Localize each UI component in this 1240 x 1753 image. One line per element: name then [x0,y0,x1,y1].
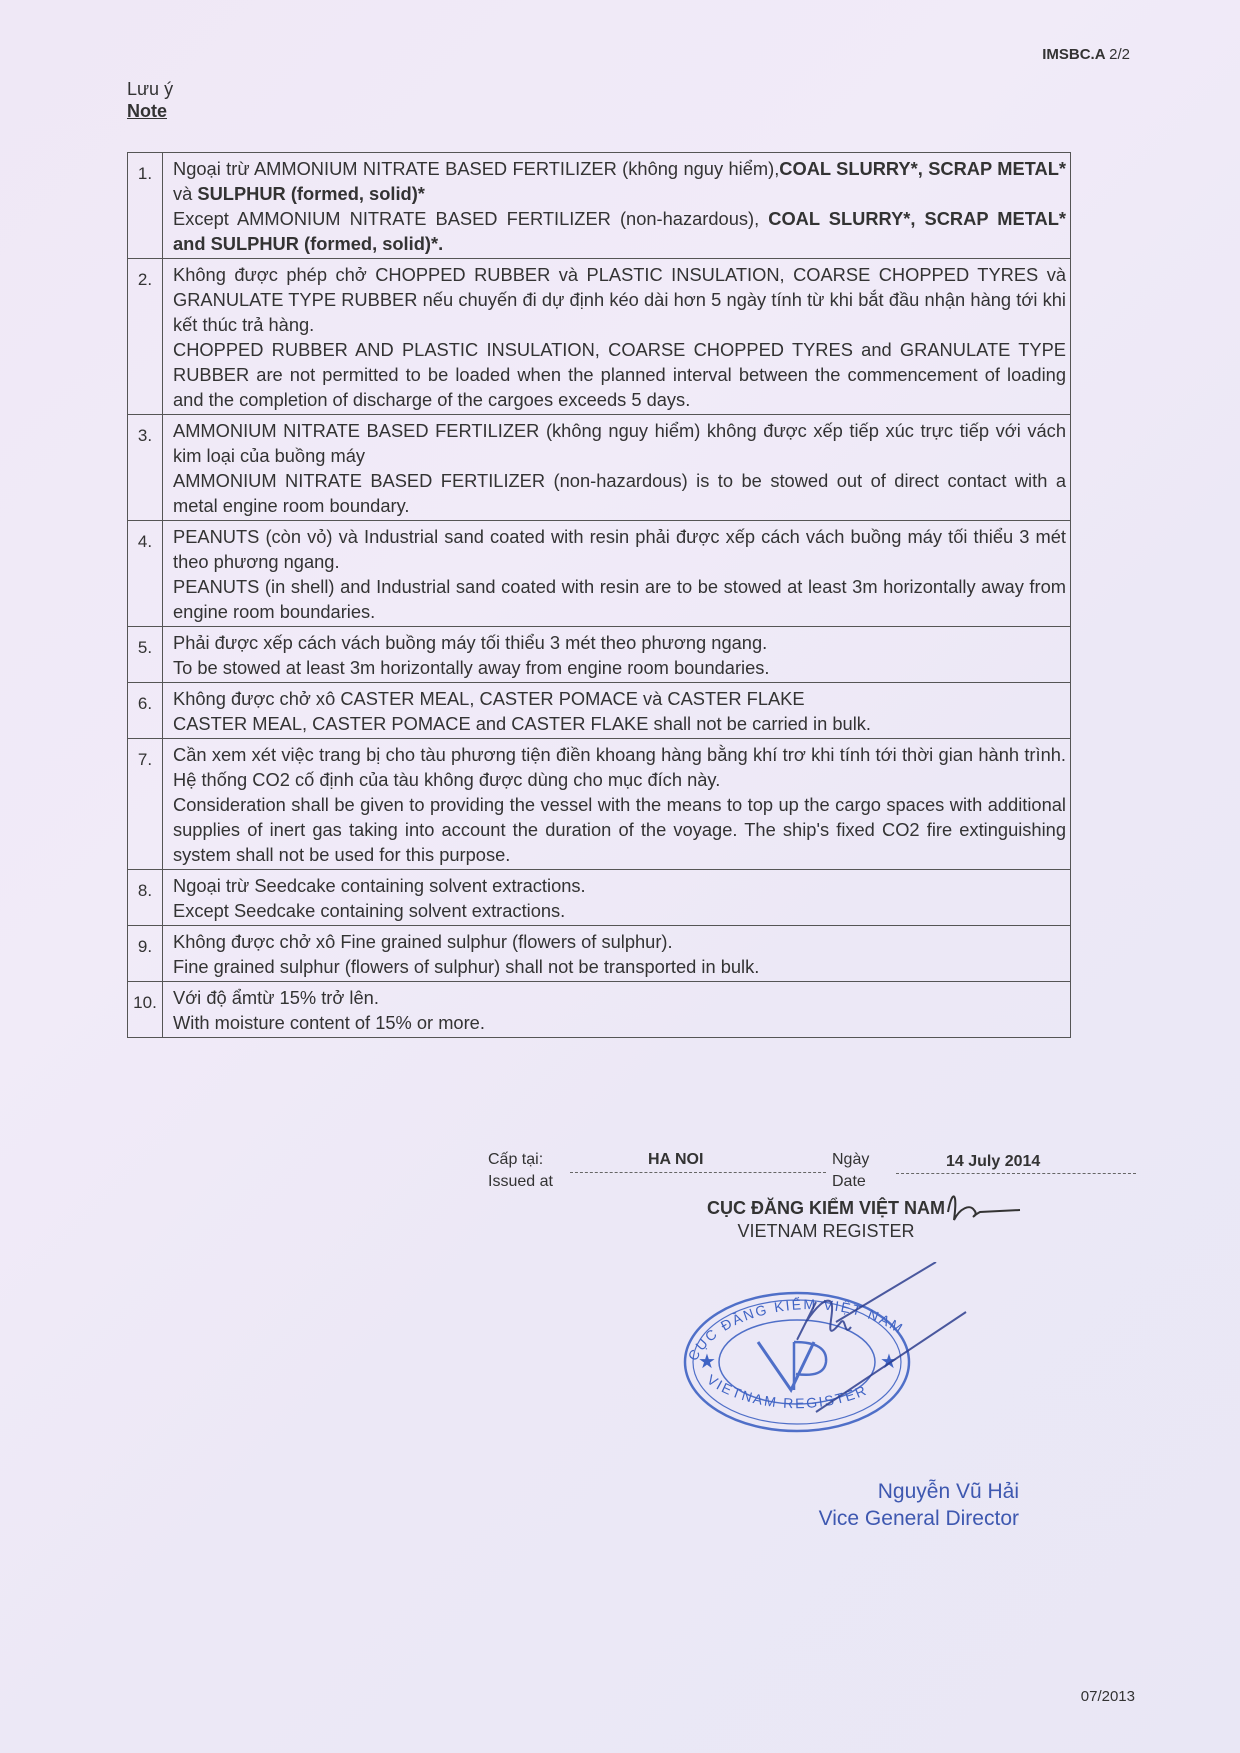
note-text: Không được chở xô CASTER MEAL, CASTER PO… [163,683,1071,739]
note-text-segment: Except AMMONIUM NITRATE BASED FERTILIZER… [173,208,768,229]
official-stamp: CỤC ĐĂNG KIỂM VIỆT NAM VIETNAM REGISTER … [666,1262,1026,1462]
note-heading-vi: Lưu ý [127,78,173,100]
note-text-vi: Với độ ẩmtừ 15% trở lên. [173,985,1066,1010]
note-heading: Lưu ý Note [127,78,173,122]
signatory: Nguyễn Vũ Hải Vice General Director [774,1478,1019,1532]
note-row: 3.AMMONIUM NITRATE BASED FERTILIZER (khô… [128,415,1071,521]
note-text: Không được chở xô Fine grained sulphur (… [163,926,1071,982]
authority-name-en: VIETNAM REGISTER [676,1221,976,1242]
note-text-vi: AMMONIUM NITRATE BASED FERTILIZER (không… [173,418,1066,468]
note-text-vi: Cần xem xét việc trang bị cho tàu phương… [173,742,1066,792]
stamp-star-right-icon: ★ [880,1351,898,1373]
note-row: 1.Ngoại trừ AMMONIUM NITRATE BASED FERTI… [128,153,1071,259]
note-text-segment: và [173,183,197,204]
note-row: 4.PEANUTS (còn vỏ) và Industrial sand co… [128,521,1071,627]
notes-table: 1.Ngoại trừ AMMONIUM NITRATE BASED FERTI… [127,152,1071,1038]
note-row: 6.Không được chở xô CASTER MEAL, CASTER … [128,683,1071,739]
note-number: 8. [128,870,163,926]
stamp-star-left-icon: ★ [698,1351,716,1373]
note-text: Với độ ẩmtừ 15% trở lên.With moisture co… [163,982,1071,1038]
date-label-en: Date [832,1170,866,1194]
note-text-vi: Không được chở xô CASTER MEAL, CASTER PO… [173,686,1066,711]
note-row: 7.Cần xem xét việc trang bị cho tàu phươ… [128,739,1071,870]
note-row: 9.Không được chở xô Fine grained sulphur… [128,926,1071,982]
document-code-value: IMSBC.A [1042,46,1105,63]
note-text: Ngoại trừ AMMONIUM NITRATE BASED FERTILI… [163,153,1071,259]
issued-at-dotted-line [570,1172,826,1173]
note-number: 9. [128,926,163,982]
note-text-en: AMMONIUM NITRATE BASED FERTILIZER (non-h… [173,468,1066,518]
signature-mark [940,1190,1030,1240]
note-text-en: PEANUTS (in shell) and Industrial sand c… [173,574,1066,624]
authority-name-vi: CỤC ĐĂNG KIỂM VIỆT NAM [676,1198,976,1219]
note-text-vi: PEANUTS (còn vỏ) và Industrial sand coat… [173,524,1066,574]
note-text-vi: Ngoại trừ Seedcake containing solvent ex… [173,873,1066,898]
issued-at-label-vi: Cấp tại: [488,1148,543,1172]
note-text-vi: Không được phép chở CHOPPED RUBBER và PL… [173,262,1066,337]
note-text-en: With moisture content of 15% or more. [173,1010,1066,1035]
signature-scribble [797,1262,966,1412]
note-text: PEANUTS (còn vỏ) và Industrial sand coat… [163,521,1071,627]
note-text-vi: Không được chở xô Fine grained sulphur (… [173,929,1066,954]
note-text-vi: Phải được xếp cách vách buồng máy tối th… [173,630,1066,655]
note-number: 7. [128,739,163,870]
note-row: 10.Với độ ẩmtừ 15% trở lên.With moisture… [128,982,1071,1038]
note-text: Ngoại trừ Seedcake containing solvent ex… [163,870,1071,926]
issued-at-label-en: Issued at [488,1170,553,1194]
note-text: Phải được xếp cách vách buồng máy tối th… [163,627,1071,683]
note-text: Cần xem xét việc trang bị cho tàu phương… [163,739,1071,870]
note-number: 2. [128,259,163,415]
note-row: 5.Phải được xếp cách vách buồng máy tối … [128,627,1071,683]
note-text-bold: SULPHUR (formed, solid)* [197,183,425,204]
note-text-bold: COAL SLURRY*, SCRAP METAL* [779,158,1066,179]
svg-text:VIETNAM REGISTER: VIETNAM REGISTER [704,1371,870,1411]
note-text: AMMONIUM NITRATE BASED FERTILIZER (không… [163,415,1071,521]
note-heading-en: Note [127,100,173,122]
note-text-en: Consideration shall be given to providin… [173,792,1066,867]
signer-name: Nguyễn Vũ Hải [774,1478,1019,1505]
note-number: 3. [128,415,163,521]
date-label-vi: Ngày [832,1148,869,1172]
document-code: IMSBC.A 2/2 [1042,46,1130,63]
form-version: 07/2013 [1081,1688,1135,1705]
issued-at-value: HA NOI [648,1148,703,1172]
note-number: 5. [128,627,163,683]
note-number: 6. [128,683,163,739]
note-row: 8.Ngoại trừ Seedcake containing solvent … [128,870,1071,926]
note-text-en: CHOPPED RUBBER AND PLASTIC INSULATION, C… [173,337,1066,412]
signer-title: Vice General Director [774,1505,1019,1532]
note-text-en: Fine grained sulphur (flowers of sulphur… [173,954,1066,979]
note-number: 1. [128,153,163,259]
note-text-en: CASTER MEAL, CASTER POMACE and CASTER FL… [173,711,1066,736]
note-text-en: To be stowed at least 3m horizontally aw… [173,655,1066,680]
date-value: 14 July 2014 [946,1150,1040,1174]
show-through-text [395,72,399,90]
note-row: 2.Không được phép chở CHOPPED RUBBER và … [128,259,1071,415]
note-number: 4. [128,521,163,627]
note-number: 10. [128,982,163,1038]
issuing-authority: CỤC ĐĂNG KIỂM VIỆT NAM VIETNAM REGISTER [676,1198,976,1242]
date-dotted-line [896,1173,1136,1174]
note-text-segment: Ngoại trừ AMMONIUM NITRATE BASED FERTILI… [173,158,779,179]
page-number: 2/2 [1109,46,1130,63]
note-text-en: Except Seedcake containing solvent extra… [173,898,1066,923]
stamp-bottom-text: VIETNAM REGISTER [704,1371,870,1411]
note-text: Không được phép chở CHOPPED RUBBER và PL… [163,259,1071,415]
